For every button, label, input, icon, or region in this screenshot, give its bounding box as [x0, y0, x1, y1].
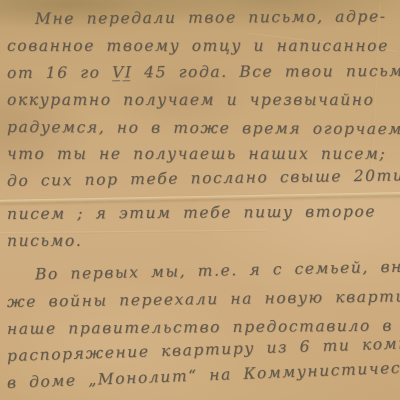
- letter-line: же войны переехали на новую квартиру,: [7, 285, 400, 317]
- letter-line: писем ; я этим тебе пишу второе: [7, 199, 400, 229]
- letter-body: Мне передали твое письмо, адре- сованное…: [7, 7, 400, 398]
- letter-line: оккуратно получаем и чрезвычайно: [7, 88, 400, 115]
- letter-line: сованное твоему отцу и написанное: [7, 34, 400, 61]
- letter-line: Мне передали твое письмо, адре-: [7, 4, 400, 34]
- letter-page: Мне передали твое письмо, адре- сованное…: [0, 0, 400, 400]
- letter-line: до сих пор тебе послано свыше 20ти: [7, 164, 400, 196]
- letter-line: от 16 го V̲I̲ 45 года. Все твои письма м…: [7, 59, 400, 88]
- letter-line: письмо.: [7, 229, 400, 256]
- letter-line: радуемся, но в тоже время огорчаемся,: [7, 115, 400, 144]
